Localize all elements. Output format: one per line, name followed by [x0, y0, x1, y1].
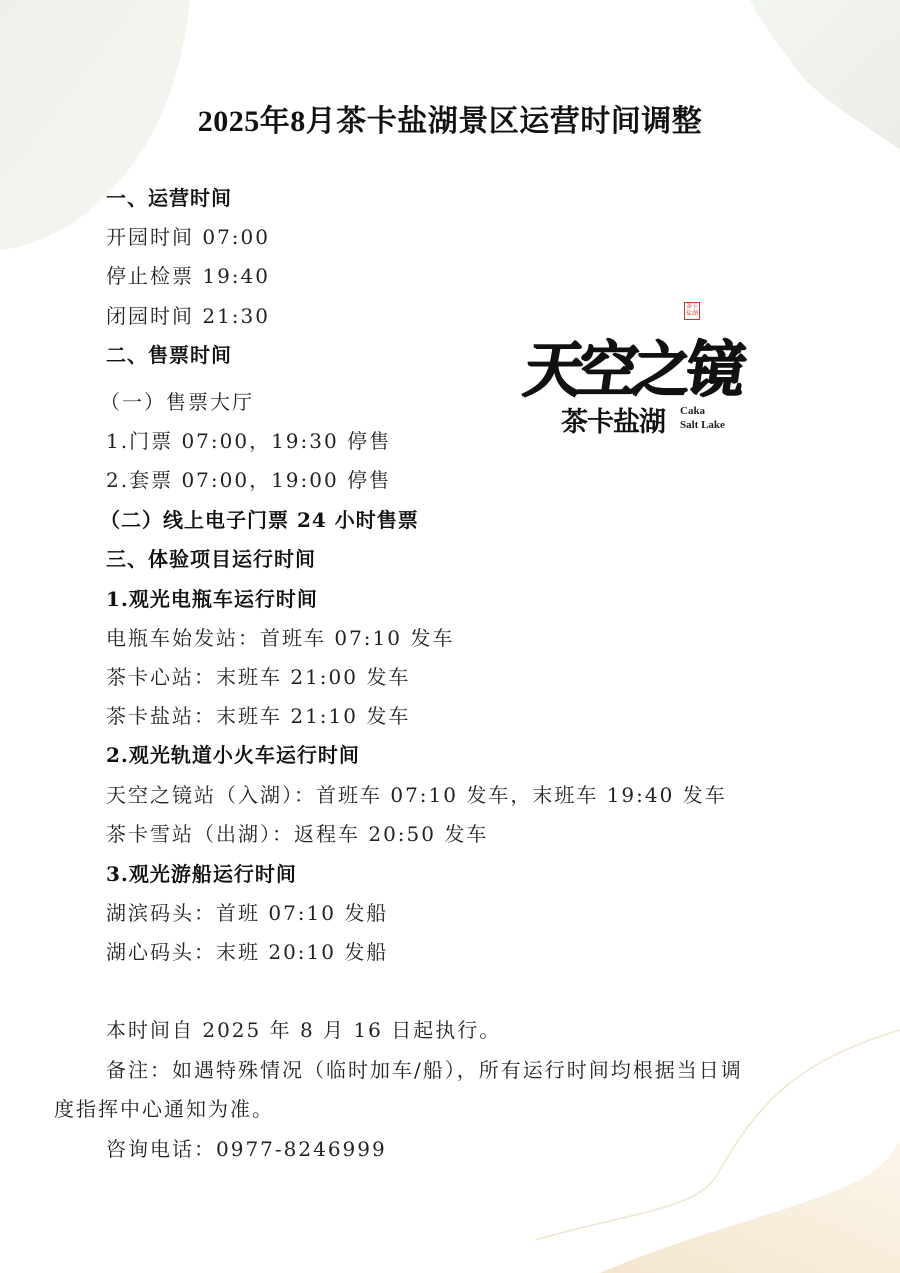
item-value: 07:00	[202, 225, 270, 249]
section-heading-operating-hours: 一、运营时间	[106, 184, 232, 212]
document-title: 2025年8月茶卡盐湖景区运营时间调整	[0, 96, 900, 140]
section-heading-experiences: 三、体验项目运行时间	[106, 545, 316, 573]
boat-item: 湖滨码头：首班 07:10 发船	[106, 899, 388, 927]
logo-english-text: Caka Salt Lake	[680, 404, 725, 432]
caka-salt-lake-logo: 茶卡盐湖 天空之镜 茶卡盐湖 Caka Salt Lake	[528, 300, 788, 440]
logo-english-line-2: Salt Lake	[680, 418, 725, 432]
ticket-hall-item: 2.套票 07:00，19:00 停售	[106, 466, 391, 494]
hotline: 咨询电话：0977-8246999	[106, 1135, 387, 1163]
seal-stamp-icon: 茶卡盐湖	[684, 302, 700, 320]
subsection-shuttle: 1.观光电瓶车运行时间	[106, 585, 318, 613]
remark-line-2: 度指挥中心通知为准。	[54, 1095, 274, 1123]
shuttle-item: 电瓶车始发站：首班车 07:10 发车	[106, 624, 454, 652]
item-label: 开园时间	[106, 225, 194, 249]
effective-date: 本时间自 2025 年 8 月 16 日起执行。	[106, 1016, 501, 1044]
logo-main-text: 天空之镜	[520, 320, 748, 408]
shuttle-item: 茶卡心站：末班车 21:00 发车	[106, 663, 410, 691]
shuttle-item: 茶卡盐站：末班车 21:10 发车	[106, 702, 410, 730]
item-label: 停止检票	[106, 264, 194, 288]
subsection-ticket-hall: （一）售票大厅	[100, 388, 254, 416]
subsection-boat: 3.观光游船运行时间	[106, 860, 297, 888]
logo-english-line-1: Caka	[680, 404, 725, 418]
train-item: 茶卡雪站（出湖）：返程车 20:50 发车	[106, 820, 488, 848]
operating-hours-item: 闭园时间 21:30	[106, 302, 270, 330]
notice-page: 2025年8月茶卡盐湖景区运营时间调整 一、运营时间 开园时间 07:00 停止…	[0, 0, 900, 1273]
remark-line-1: 备注：如遇特殊情况（临时加车/船），所有运行时间均根据当日调	[106, 1056, 743, 1084]
section-heading-ticketing: 二、售票时间	[106, 341, 232, 369]
operating-hours-item: 停止检票 19:40	[106, 262, 270, 290]
logo-sub-text: 茶卡盐湖	[561, 400, 665, 439]
train-item: 天空之镜站（入湖）：首班车 07:10 发车，末班车 19:40 发车	[106, 781, 727, 809]
subsection-train: 2.观光轨道小火车运行时间	[106, 741, 360, 769]
item-label: 闭园时间	[106, 304, 194, 328]
ticket-hall-item: 1.门票 07:00，19:30 停售	[106, 427, 391, 455]
item-value: 19:40	[202, 264, 270, 288]
item-value: 21:30	[202, 304, 270, 328]
boat-item: 湖心码头：末班 20:10 发船	[106, 938, 388, 966]
subsection-online-tickets: （二）线上电子门票 24 小时售票	[100, 506, 419, 534]
operating-hours-item: 开园时间 07:00	[106, 223, 270, 251]
